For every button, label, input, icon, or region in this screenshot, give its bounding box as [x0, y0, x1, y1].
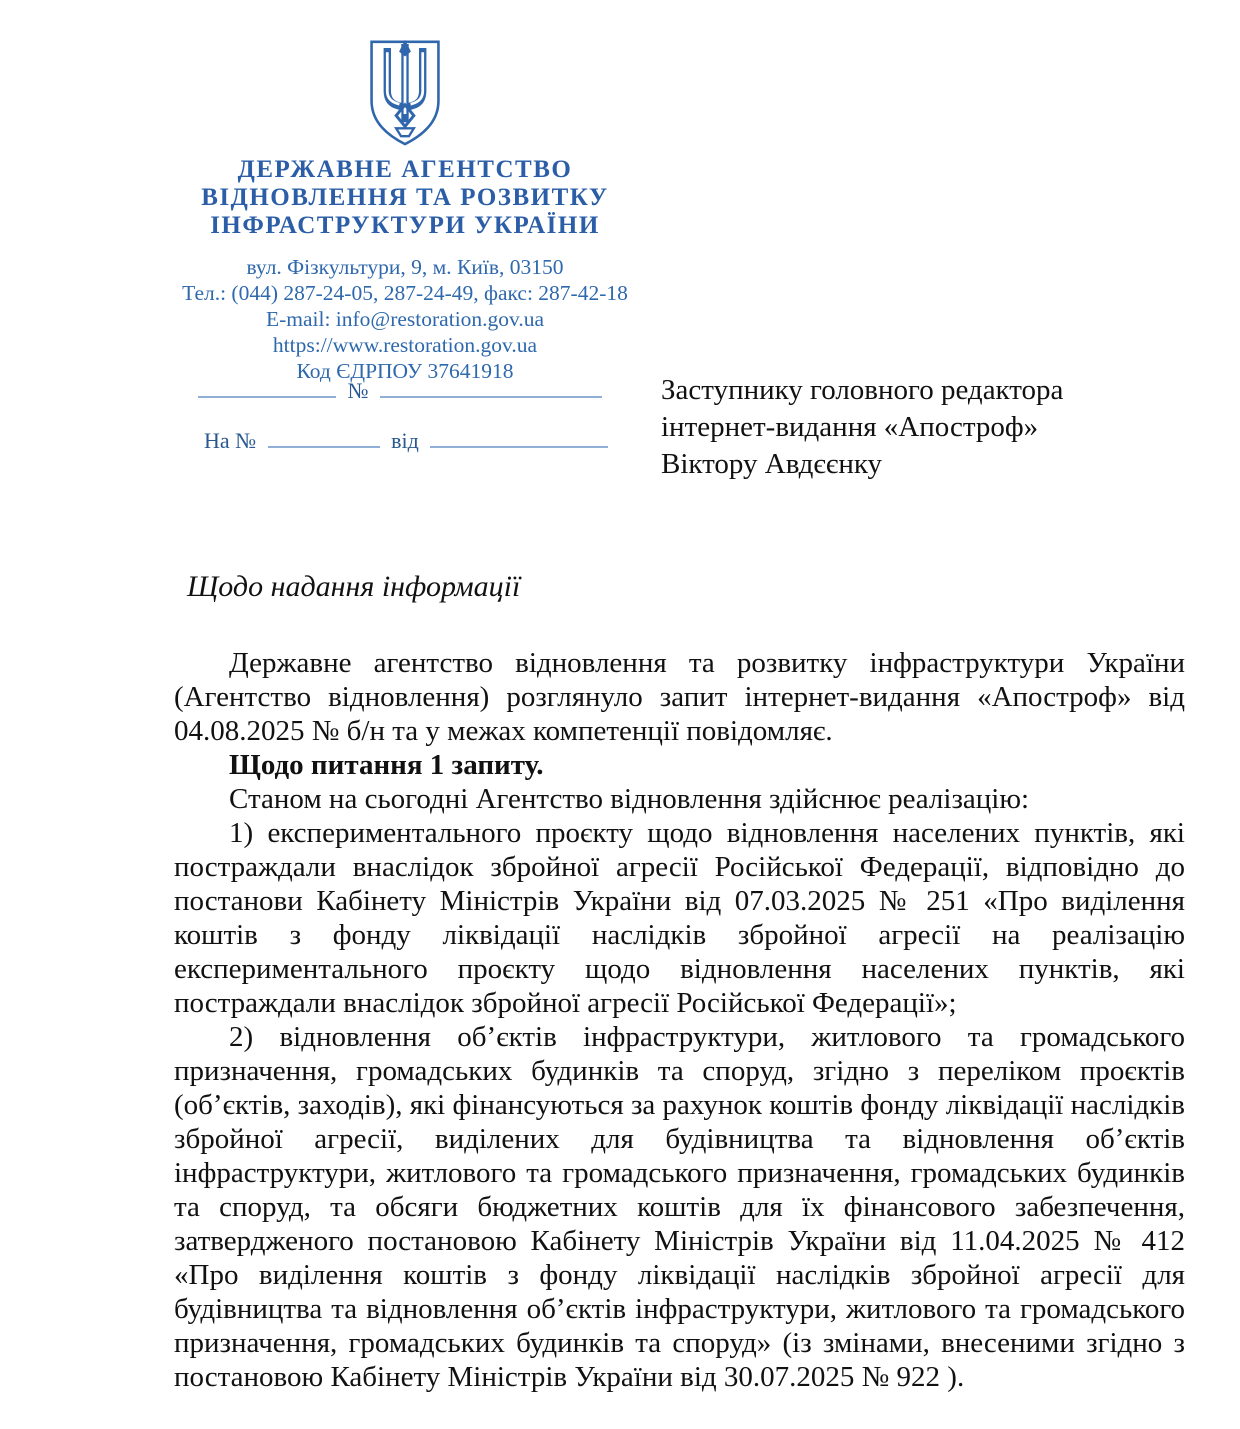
- agency-name-line-2: ВІДНОВЛЕННЯ ТА РОЗВИТКУ: [170, 184, 640, 212]
- list-item-1: 1) експериментального проєкту щодо відно…: [174, 816, 1185, 1020]
- incoming-number-label: На №: [198, 428, 262, 453]
- contact-block: вул. Фізкультури, 9, м. Київ, 03150 Тел.…: [170, 254, 640, 384]
- reference-fields: № На № від: [198, 378, 618, 454]
- letter-body: Державне агентство відновлення та розвит…: [174, 646, 1185, 1394]
- paragraph-status: Станом на сьогодні Агентство відновлення…: [174, 782, 1185, 816]
- ukraine-trident-emblem-icon: [361, 30, 449, 150]
- addressee-name: Віктору Авдєєнку: [661, 446, 1161, 483]
- addressee-organization: інтернет-видання «Апостроф»: [661, 409, 1161, 446]
- contact-website: https://www.restoration.gov.ua: [170, 332, 640, 358]
- addressee-position: Заступнику головного редактора: [661, 372, 1161, 409]
- letter-page: ДЕРЖАВНЕ АГЕНТСТВО ВІДНОВЛЕННЯ ТА РОЗВИТ…: [0, 0, 1240, 1429]
- incoming-number-blank: [268, 428, 380, 448]
- subject-line: Щодо надання інформації: [187, 570, 520, 604]
- agency-name-line-1: ДЕРЖАВНЕ АГЕНТСТВО: [170, 156, 640, 184]
- contact-address: вул. Фізкультури, 9, м. Київ, 03150: [170, 254, 640, 280]
- agency-name: ДЕРЖАВНЕ АГЕНТСТВО ВІДНОВЛЕННЯ ТА РОЗВИТ…: [170, 156, 640, 240]
- question-1-heading: Щодо питання 1 запиту.: [174, 748, 1185, 782]
- outgoing-reference-row: №: [198, 378, 618, 404]
- outgoing-date-blank: [198, 378, 336, 398]
- paragraph-intro: Державне агентство відновлення та розвит…: [174, 646, 1185, 748]
- incoming-date-label: від: [385, 428, 425, 453]
- incoming-reference-row: На № від: [198, 428, 618, 454]
- list-item-2: 2) відновлення об’єктів інфраструктури, …: [174, 1020, 1185, 1394]
- letterhead: ДЕРЖАВНЕ АГЕНТСТВО ВІДНОВЛЕННЯ ТА РОЗВИТ…: [170, 30, 640, 384]
- outgoing-number-label: №: [342, 378, 375, 403]
- contact-email: E-mail: info@restoration.gov.ua: [170, 306, 640, 332]
- agency-name-line-3: ІНФРАСТРУКТУРИ УКРАЇНИ: [170, 212, 640, 240]
- incoming-date-blank: [430, 428, 608, 448]
- contact-phone: Тел.: (044) 287-24-05, 287-24-49, факс: …: [170, 280, 640, 306]
- addressee-block: Заступнику головного редактора інтернет-…: [661, 372, 1161, 483]
- outgoing-number-blank: [380, 378, 602, 398]
